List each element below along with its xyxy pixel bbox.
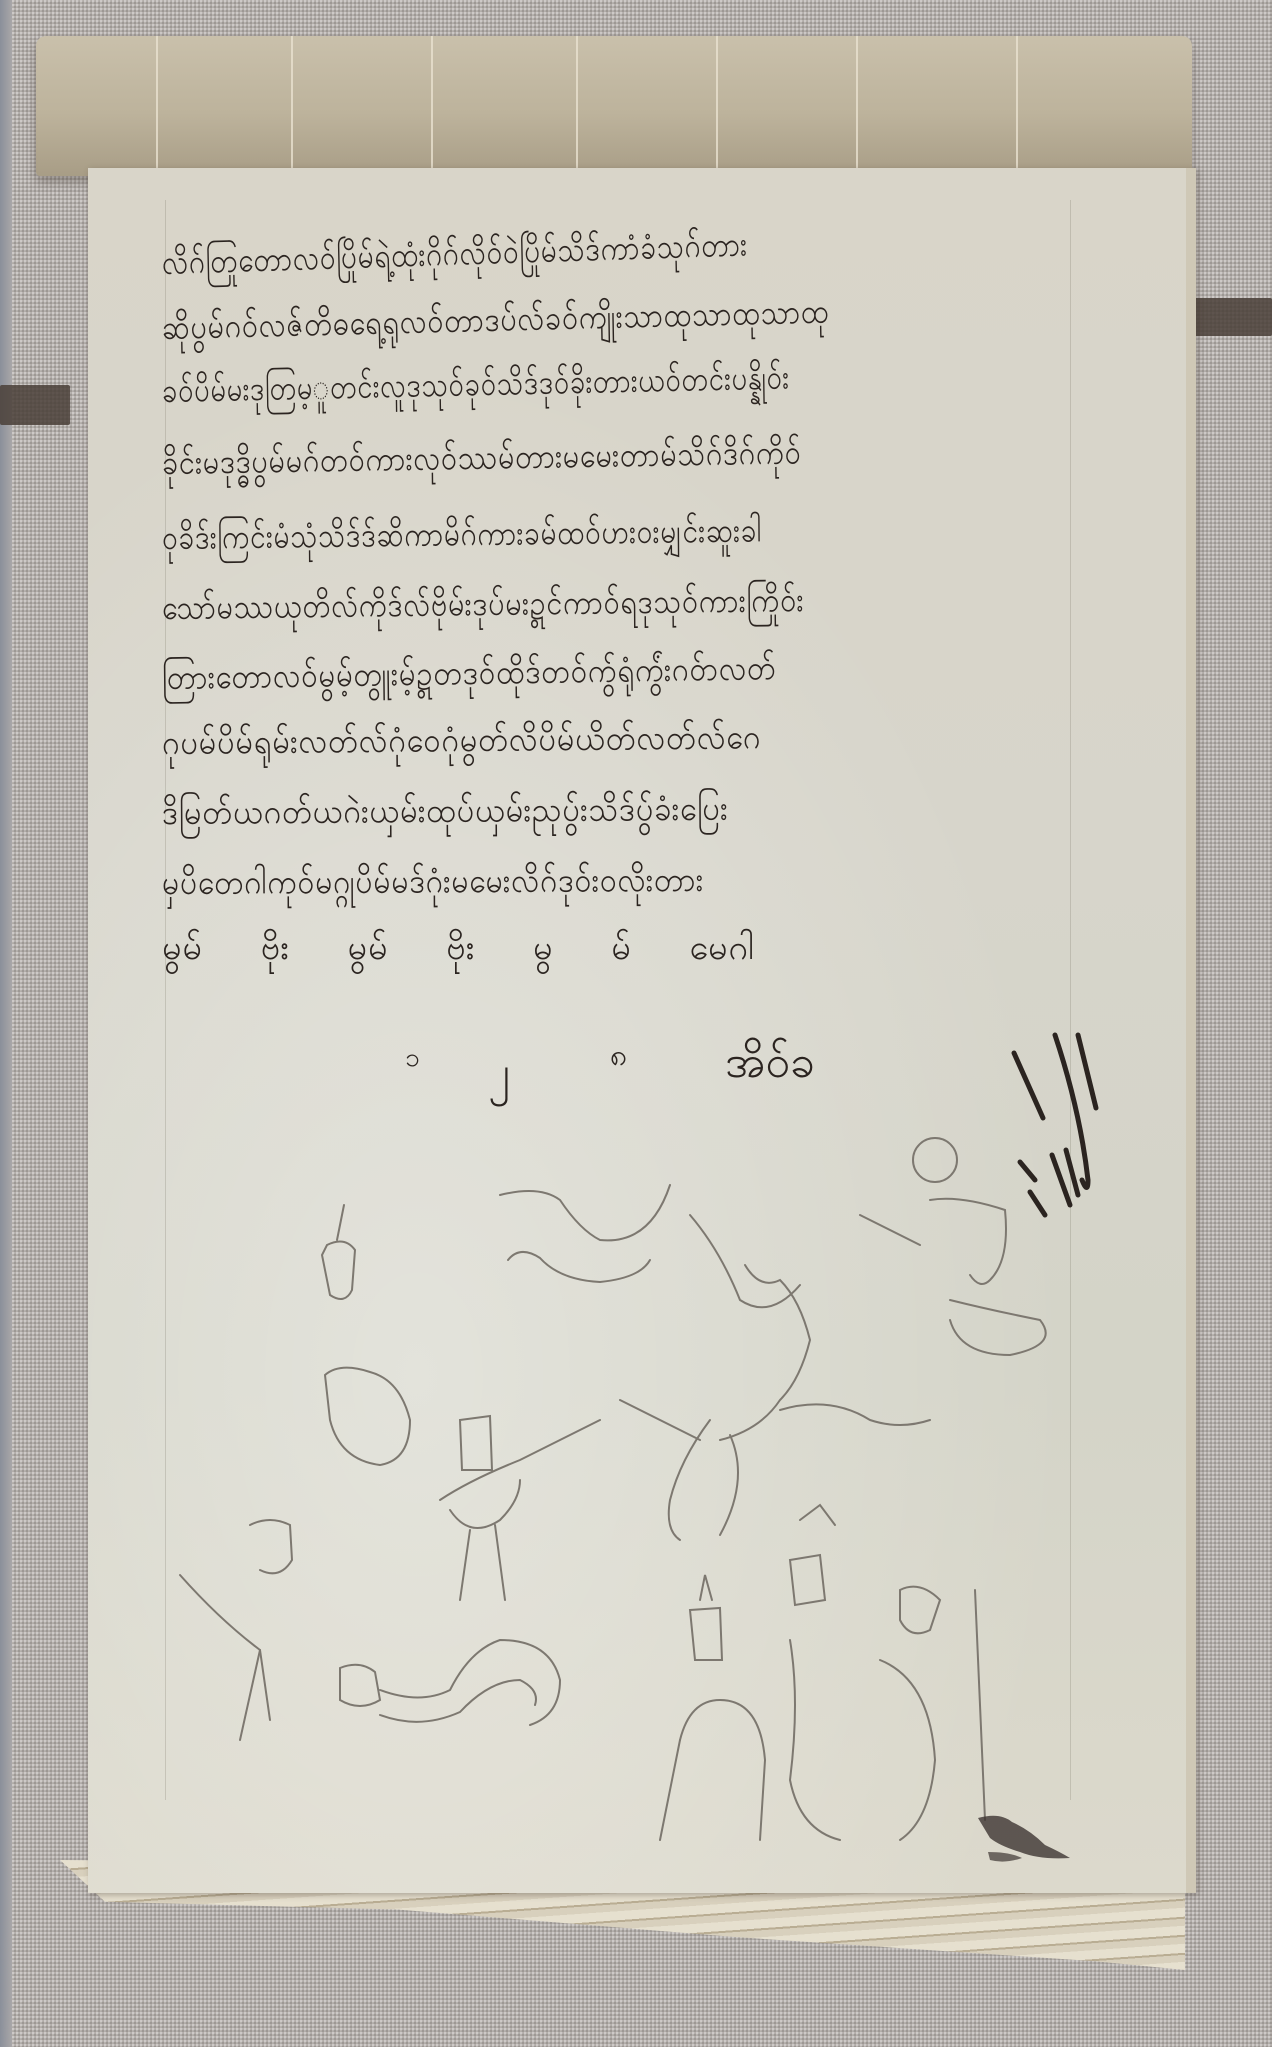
manuscript-line-5: ဝုခိဒ်းကြင်းမံသုံသိဒ်ဒ်ဆိကာမိဂ်ကားခမ်ထဝ်… bbox=[162, 507, 762, 566]
manuscript-line-8: ဂုပမ်ပိမ်ရုမ်းလတ်လ်ဂုံဝေဂုံမွတ်လိပိမ်ယိတ… bbox=[162, 714, 762, 771]
manuscript-line-10: မှပိတေဂါကုဝ်မဂ္ဂုပိမ်မဒ်ဂုံးမမေးလိဂ်ဒုဝ်… bbox=[162, 857, 704, 911]
numeral-word: အိဝ်ခ bbox=[725, 1035, 815, 1099]
fold-line bbox=[716, 36, 718, 176]
fold-line bbox=[156, 36, 158, 176]
mounting-bracket-right bbox=[1190, 298, 1272, 336]
manuscript-line-4: ခိုင်းမဒုဒ္ဓိပွမ်မဂ်တဝ်ကားလုဝ်ဿမ်တားမမေး… bbox=[162, 429, 802, 491]
numeral-1: ၁ bbox=[405, 1040, 420, 1079]
manuscript-page bbox=[88, 168, 1196, 1893]
fold-line bbox=[1016, 36, 1018, 176]
fold-line bbox=[291, 36, 293, 176]
fold-line bbox=[856, 36, 858, 176]
numeral-2: ၂ bbox=[488, 1045, 510, 1109]
fold-line bbox=[576, 36, 578, 176]
fold-line bbox=[431, 36, 433, 176]
manuscript-signature-line: မွမ် ဗိုး မွမ် ဗိုး မွ မ် မေဂါ bbox=[162, 925, 755, 976]
manuscript-line-6: သော်မဿယုတိလ်ကိုဒ်လ်ဗိုမ်းဒုပ်မးဍွင်ကာဝ်ရ… bbox=[162, 577, 805, 636]
folded-binding bbox=[36, 36, 1192, 176]
left-edge-strip bbox=[0, 0, 12, 2047]
numeral-8: ၈ bbox=[610, 1035, 627, 1080]
manuscript-line-9: ဒိမြတ်ယဂတ်ယဂဲးယှမ်းထုပ်ယှမ်းညုပွ်းသိဒ်ပွ… bbox=[162, 786, 729, 841]
manuscript-line-7: တြားတောလဝ်မွမ့်တွူးမ့်ဍွတဒုဝ်ထိုဒ်တဝ်ကွ်… bbox=[162, 645, 777, 706]
margin-ruling-right bbox=[1070, 200, 1071, 1800]
mounting-bracket-left bbox=[0, 385, 70, 425]
